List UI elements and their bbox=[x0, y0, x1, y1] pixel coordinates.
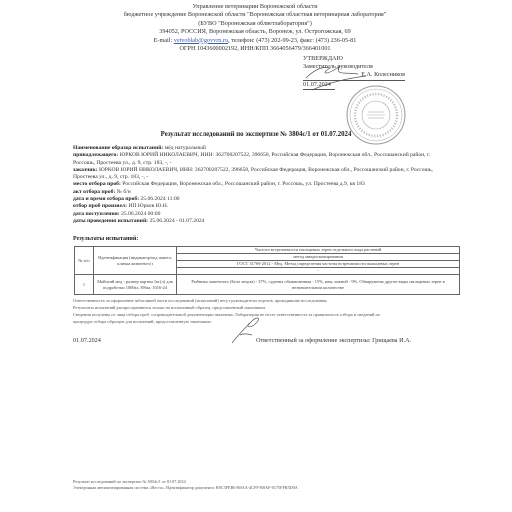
signature-date: 01.07.2024 bbox=[73, 337, 101, 344]
document-footer: Результат исследований по экспертизе № 3… bbox=[73, 479, 298, 491]
header-line-address: 394052, РОССИЯ, Воронежская область, Вор… bbox=[100, 28, 410, 36]
footer-line-id: Электронная автоматизированная система «… bbox=[73, 485, 298, 491]
col-header-number: № п/п bbox=[75, 247, 94, 275]
row-number: 1 bbox=[75, 275, 94, 295]
field-value: мёд натуральный bbox=[165, 145, 206, 151]
field-sampled-by: отбор проб произвел: ИП Юрков Ю.Н. bbox=[73, 203, 453, 210]
field-value: № б/н bbox=[117, 189, 131, 195]
field-label: дата поступления: bbox=[73, 211, 120, 217]
field-label: место отбора проб: bbox=[73, 181, 121, 187]
col-header-identification: Идентификация (индикатор/код пакета, кли… bbox=[94, 247, 177, 275]
field-value: ЮРКОВ ЮРИЙ НИКОЛАЕВИЧ, ИНН: 362700207522… bbox=[73, 152, 430, 165]
header-line-abbrev: (БУВО "Воронежская облветлаборатория") bbox=[100, 20, 410, 28]
header-line-contacts: E-mail: vetvoblab@govvrn.ru, телефон: (4… bbox=[100, 37, 410, 45]
header-line-org: бюджетное учреждение Воронежской области… bbox=[100, 11, 410, 19]
row-identification: Майский мед - размер партии 1кг(л) для п… bbox=[94, 275, 177, 295]
field-label: отбор проб произвел: bbox=[73, 203, 127, 209]
note-line: Ответственность за оформление заботливой… bbox=[73, 297, 453, 304]
phones: , телефон: (473) 202-99-23, факс: (473) … bbox=[228, 37, 356, 44]
col-header-method: метод микроскопирования bbox=[177, 254, 460, 261]
col-header-units: - bbox=[177, 268, 460, 275]
field-value: ЮРКОВ ЮРИЙ НИКОЛАЕВИЧ, ИНН: 362700207522… bbox=[73, 167, 433, 180]
col-header-test: Частота встречаемости пыльцевых зерен от… bbox=[177, 247, 460, 254]
document-title: Результат исследований по экспертизе № 3… bbox=[0, 131, 512, 138]
field-label: заказчик: bbox=[73, 167, 98, 173]
field-owner: принадлежащего: ЮРКОВ ЮРИЙ НИКОЛАЕВИЧ, И… bbox=[73, 152, 453, 167]
email-label: E-mail: bbox=[154, 37, 173, 44]
note-line: Результаты испытаний распространяются то… bbox=[73, 304, 453, 311]
col-header-standard: ГОСТ 31769-2012 - Мед. Метод определения… bbox=[177, 261, 460, 268]
results-table: № п/п Идентификация (индикатор/код пакет… bbox=[74, 246, 460, 295]
table-row: 1 Майский мед - размер партии 1кг(л) для… bbox=[75, 275, 460, 295]
organization-header: Управление ветеринарии Воронежской облас… bbox=[100, 3, 410, 53]
field-label: Наименование образца испытаний: bbox=[73, 145, 163, 151]
field-sampling-place: место отбора проб: Российская Федерация,… bbox=[73, 181, 453, 188]
field-received-date: дата поступления: 25.06.2024 00:00 bbox=[73, 211, 453, 218]
email-link[interactable]: vetvoblab@govvrn.ru bbox=[174, 37, 228, 44]
field-value: 25.06.2024 00:00 bbox=[121, 211, 160, 217]
field-value: ИП Юрков Ю.Н. bbox=[128, 203, 168, 209]
row-result: Рыбника чашечного (Бело медом) - 37%, су… bbox=[177, 275, 460, 295]
field-label: дата и время отбора проб: bbox=[73, 196, 139, 202]
sample-fields: Наименование образца испытаний: мёд нату… bbox=[73, 145, 453, 225]
field-label: принадлежащего: bbox=[73, 152, 118, 158]
field-customer: заказчик: ЮРКОВ ЮРИЙ НИКОЛАЕВИЧ, ИНН: 36… bbox=[73, 167, 453, 182]
responsible-person: Ответственный за оформление экспертизы: … bbox=[256, 337, 411, 344]
field-sampling-act: акт отбора проб: № б/н bbox=[73, 189, 453, 196]
header-line-ogrn: ОГРН 1043600002192, ИНН/КПП 3664056479/3… bbox=[100, 45, 410, 53]
results-label: Результаты испытаний: bbox=[73, 236, 138, 242]
field-value: 25.06.2024 - 01.07.2024 bbox=[149, 218, 204, 224]
field-label: акт отбора проб: bbox=[73, 189, 115, 195]
field-test-dates: даты проведения испытаний: 25.06.2024 - … bbox=[73, 218, 453, 225]
field-label: даты проведения испытаний: bbox=[73, 218, 148, 224]
header-line-ministry: Управление ветеринарии Воронежской облас… bbox=[100, 3, 410, 11]
field-value: 25.06.2024 11:00 bbox=[140, 196, 179, 202]
field-value: Российская Федерация, Воронежская обл., … bbox=[122, 181, 365, 187]
document-page: Управление ветеринарии Воронежской облас… bbox=[0, 0, 512, 512]
